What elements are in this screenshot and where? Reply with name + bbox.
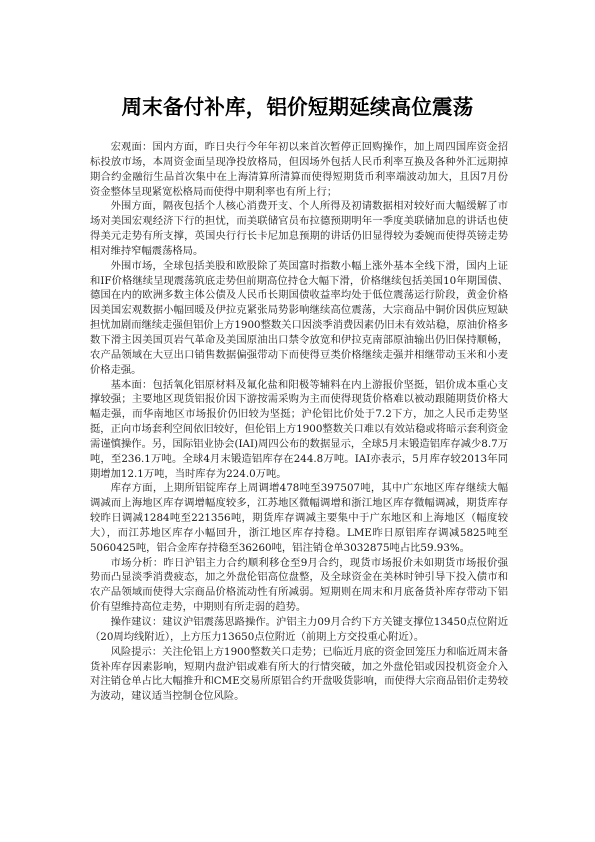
- paragraph-macro: 宏观面：国内方面，昨日央行今年年初以来首次暂停正回购操作，加上周四国库资金招标投…: [90, 140, 508, 199]
- paragraph-external-markets: 外围市场，全球包括美股和欧股除了英国富时指数小幅上涨外基本全线下滑，国内上证和I…: [90, 259, 508, 378]
- document-body: 宏观面：国内方面，昨日央行今年年初以来首次暂停正回购操作，加上周四国库资金招标投…: [90, 140, 508, 704]
- paragraph-risk-warning: 风险提示：关注伦铝上方1900整数关口走势；已临近月底的资金回笼压力和临近周末备…: [90, 645, 508, 704]
- paragraph-market-analysis: 市场分析：昨日沪铝主力合约顺利移仓至9月合约，现货市场报价未如期货市场报价强势而…: [90, 556, 508, 615]
- document-page: 周末备付补库，铝价短期延续高位震荡 宏观面：国内方面，昨日央行今年年初以来首次暂…: [0, 0, 595, 842]
- paragraph-fundamentals: 基本面：包括氧化铝原材料及氟化盐和阳极等辅料在内上游报价坚挺，铝价成本重心支撑较…: [90, 378, 508, 482]
- document-title: 周末备付补库，铝价短期延续高位震荡: [0, 93, 595, 121]
- paragraph-overseas: 外围方面，隔夜包括个人核心消费开支、个人所得及初请数据相对较好而大幅缓解了市场对…: [90, 199, 508, 258]
- paragraph-trading-advice: 操作建议：建议沪铝震荡思路操作。沪铝主力09月合约下方关键支撑位13450点位附…: [90, 615, 508, 645]
- paragraph-inventory: 库存方面，上期所铝锭库存上周调增478吨至397507吨，其中广东地区库存继续大…: [90, 481, 508, 555]
